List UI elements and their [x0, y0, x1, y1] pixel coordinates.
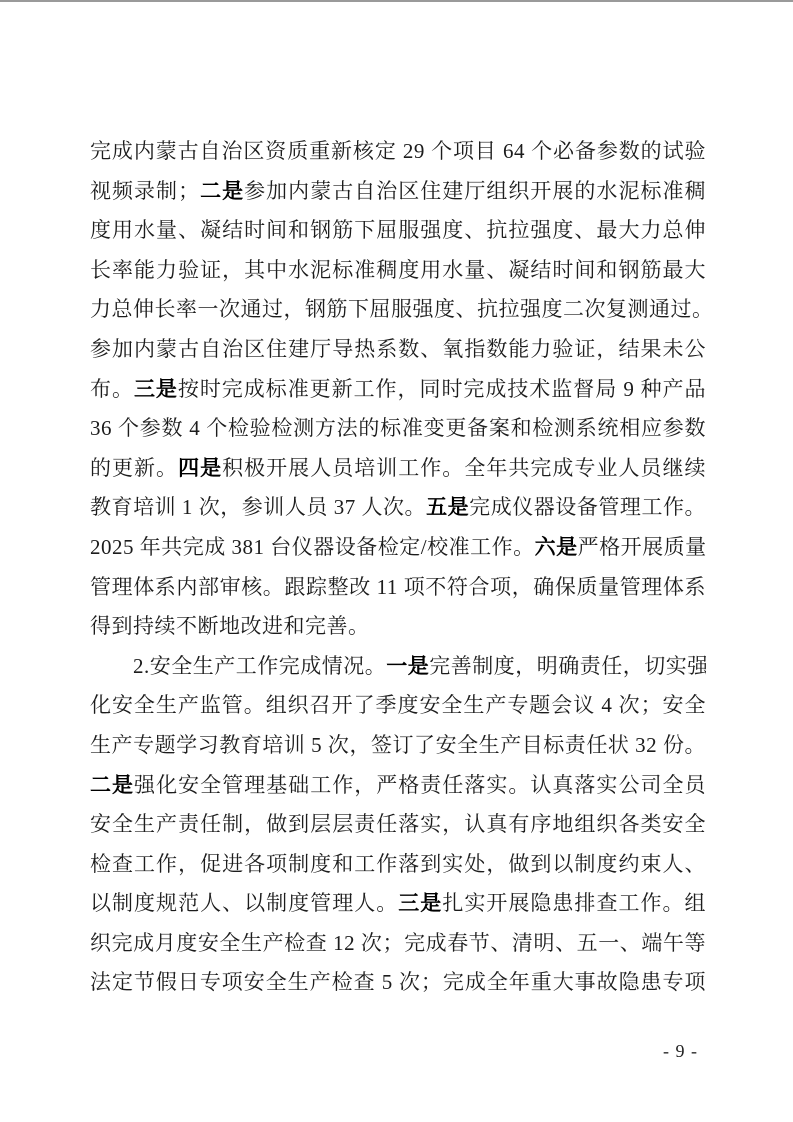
text-line: 2.安全生产工作完成情况。一是完善制度，明确责任，切实强	[90, 647, 706, 687]
page-number: - 9 -	[663, 1040, 698, 1062]
text-run: 度用水量、凝结时间和钢筋下屈服强度、抗拉强度、最大力总伸	[90, 218, 706, 242]
text-line: 视频录制；二是参加内蒙古自治区住建厅组织开展的水泥标准稠	[90, 172, 706, 212]
text-line: 管理体系内部审核。跟踪整改 11 项不符合项，确保质量管理体系	[90, 568, 706, 608]
text-run: 布。	[90, 377, 134, 401]
bold-text-run: 二是	[90, 773, 134, 797]
document-body: 完成内蒙古自治区资质重新核定 29 个项目 64 个必备参数的试验视频录制；二是…	[90, 132, 706, 1003]
text-line: 检查工作，促进各项制度和工作落到实处，做到以制度约束人、	[90, 845, 706, 885]
text-line: 完成内蒙古自治区资质重新核定 29 个项目 64 个必备参数的试验	[90, 132, 706, 172]
text-line: 力总伸长率一次通过，钢筋下屈服强度、抗拉强度二次复测通过。	[90, 290, 706, 330]
text-run: 2025 年共完成 381 台仪器设备检定/校准工作。	[90, 535, 535, 559]
text-run: 参加内蒙古自治区住建厅组织开展的水泥标准稠	[244, 179, 706, 203]
text-run: 完善制度，明确责任，切实强	[429, 654, 706, 678]
text-line: 教育培训 1 次，参训人员 37 人次。五是完成仪器设备管理工作。	[90, 488, 706, 528]
text-line: 布。三是按时完成标准更新工作，同时完成技术监督局 9 种产品	[90, 370, 706, 410]
bold-text-run: 五是	[426, 495, 469, 519]
bold-text-run: 六是	[535, 535, 578, 559]
bold-text-run: 一是	[386, 654, 429, 678]
text-line: 2025 年共完成 381 台仪器设备检定/校准工作。六是严格开展质量	[90, 528, 706, 568]
text-run: 法定节假日专项安全生产检查 5 次；完成全年重大事故隐患专项	[90, 970, 706, 994]
bold-text-run: 二是	[200, 179, 245, 203]
text-line: 二是强化安全管理基础工作，严格责任落实。认真落实公司全员	[90, 766, 706, 806]
scan-edge-artifact	[0, 0, 793, 2]
text-line: 得到持续不断地改进和完善。	[90, 607, 706, 647]
text-run: 长率能力验证，其中水泥标准稠度用水量、凝结时间和钢筋最大	[90, 258, 706, 282]
bold-text-run: 三是	[134, 377, 178, 401]
text-line: 参加内蒙古自治区住建厅导热系数、氧指数能力验证，结果未公	[90, 330, 706, 370]
document-page: 完成内蒙古自治区资质重新核定 29 个项目 64 个必备参数的试验视频录制；二是…	[0, 0, 793, 1122]
text-run: 强化安全管理基础工作，严格责任落实。认真落实公司全员	[134, 773, 706, 797]
text-run: 检查工作，促进各项制度和工作落到实处，做到以制度约束人、	[90, 852, 706, 876]
text-run: 的更新。	[90, 456, 178, 480]
text-line: 长率能力验证，其中水泥标准稠度用水量、凝结时间和钢筋最大	[90, 251, 706, 291]
text-run: 织完成月度安全生产检查 12 次；完成春节、清明、五一、端午等	[90, 931, 706, 955]
text-run: 完成内蒙古自治区资质重新核定 29 个项目 64 个必备参数的试验	[90, 139, 706, 163]
text-run: 按时完成标准更新工作，同时完成技术监督局 9 种产品	[178, 377, 706, 401]
text-run: 36 个参数 4 个检验检测方法的标准变更备案和检测系统相应参数	[90, 416, 706, 440]
bold-text-run: 三是	[398, 891, 442, 915]
text-run: 积极开展人员培训工作。全年共完成专业人员继续	[222, 456, 706, 480]
text-run: 安全生产责任制，做到层层责任落实，认真有序地组织各类安全	[90, 812, 706, 836]
paragraph: 完成内蒙古自治区资质重新核定 29 个项目 64 个必备参数的试验视频录制；二是…	[90, 132, 706, 647]
text-line: 生产专题学习教育培训 5 次，签订了安全生产目标责任状 32 份。	[90, 726, 706, 766]
text-run: 视频录制；	[90, 179, 200, 203]
text-line: 化安全生产监管。组织召开了季度安全生产专题会议 4 次；安全	[90, 686, 706, 726]
text-run: 参加内蒙古自治区住建厅导热系数、氧指数能力验证，结果未公	[90, 337, 706, 361]
text-line: 的更新。四是积极开展人员培训工作。全年共完成专业人员继续	[90, 449, 706, 489]
text-line: 以制度规范人、以制度管理人。三是扎实开展隐患排查工作。组	[90, 884, 706, 924]
text-line: 织完成月度安全生产检查 12 次；完成春节、清明、五一、端午等	[90, 924, 706, 964]
bold-text-run: 四是	[178, 456, 222, 480]
text-line: 法定节假日专项安全生产检查 5 次；完成全年重大事故隐患专项	[90, 963, 706, 1003]
text-run: 扎实开展隐患排查工作。组	[442, 891, 706, 915]
text-run: 严格开展质量	[578, 535, 706, 559]
text-run: 力总伸长率一次通过，钢筋下屈服强度、抗拉强度二次复测通过。	[90, 297, 706, 321]
text-run: 生产专题学习教育培训 5 次，签订了安全生产目标责任状 32 份。	[90, 733, 706, 757]
text-line: 36 个参数 4 个检验检测方法的标准变更备案和检测系统相应参数	[90, 409, 706, 449]
text-run: 得到持续不断地改进和完善。	[90, 614, 370, 638]
text-line: 度用水量、凝结时间和钢筋下屈服强度、抗拉强度、最大力总伸	[90, 211, 706, 251]
text-line: 安全生产责任制，做到层层责任落实，认真有序地组织各类安全	[90, 805, 706, 845]
text-run: 管理体系内部审核。跟踪整改 11 项不符合项，确保质量管理体系	[90, 575, 706, 599]
paragraph: 2.安全生产工作完成情况。一是完善制度，明确责任，切实强化安全生产监管。组织召开…	[90, 647, 706, 1003]
text-run: 以制度规范人、以制度管理人。	[90, 891, 398, 915]
text-run: 完成仪器设备管理工作。	[469, 495, 706, 519]
text-run: 2.安全生产工作完成情况。	[133, 654, 386, 678]
text-run: 教育培训 1 次，参训人员 37 人次。	[90, 495, 426, 519]
text-run: 化安全生产监管。组织召开了季度安全生产专题会议 4 次；安全	[90, 693, 706, 717]
